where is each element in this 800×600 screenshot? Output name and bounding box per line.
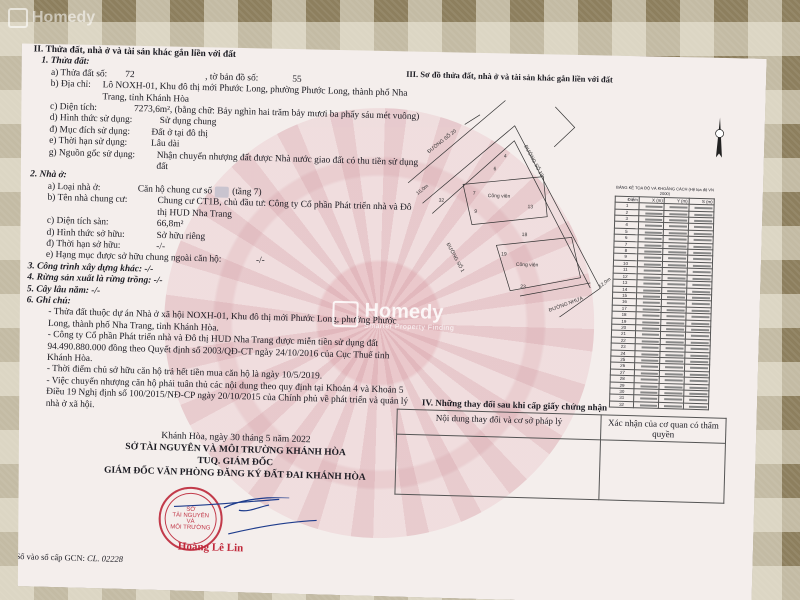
svg-text:9: 9 (474, 209, 477, 215)
signer-name: Hoàng Lê Lin (178, 541, 244, 555)
road-1-label: ĐƯỜNG SỐ 1 (445, 242, 467, 274)
park-label-1: Công viên (488, 193, 511, 200)
svg-text:18: 18 (522, 232, 528, 238)
section-4-changes: IV. Những thay đổi sau khi cấp giấy chứn… (394, 397, 727, 504)
width-label-1: 16,0m (415, 183, 430, 196)
svg-text:23: 23 (520, 284, 526, 290)
road-19-label: ĐƯỜNG SỐ 19 (522, 144, 545, 179)
coordinate-table: BẢNG KÊ TỌA ĐỘ VÀ KHOẢNG CÁCH (Hệ tọa độ… (609, 185, 715, 411)
land-certificate-page: II. Thửa đất, nhà ở và tài sản khác gắn … (7, 38, 767, 600)
handwritten-signature (168, 494, 319, 538)
house-logo-icon (332, 301, 359, 328)
park-label-2: Công viên (516, 262, 539, 269)
redacted-apartment-no: xx (215, 186, 229, 198)
section-2-land-house: II. Thửa đất, nhà ở và tài sản khác gắn … (24, 44, 424, 420)
registry-number: Số vào sổ cấp GCN: CL. 02228 (15, 551, 123, 564)
svg-text:7: 7 (473, 191, 476, 197)
road-nhua-label: ĐƯỜNG NHỰA (548, 294, 585, 313)
homedy-watermark: Homedy (8, 8, 95, 28)
changes-col-confirm: Xác nhận của cơ quan có thẩm quyền (600, 415, 726, 443)
svg-text:19: 19 (501, 251, 507, 257)
svg-text:32: 32 (439, 198, 445, 204)
homedy-center-watermark: HomedySmarter Property Finding (332, 299, 455, 332)
svg-text:6: 6 (493, 166, 496, 172)
width-label-2: 12,0m (598, 276, 613, 289)
watermark-brand: Homedy (32, 9, 95, 27)
svg-text:4: 4 (504, 154, 507, 160)
coordinates: Điểm X (m) Y (m) S (m) 12345678910111213… (609, 195, 715, 410)
house-logo-icon (8, 8, 28, 28)
section-3-map: III. Sơ đồ thửa đất, nhà ở và tài sản kh… (406, 69, 756, 89)
signature-block: Khánh Hòa, ngày 30 tháng 5 năm 2022 SỞ T… (70, 428, 401, 485)
changes-table: Nội dung thay đổi và cơ sở pháp lý Xác n… (394, 409, 726, 504)
road-top-label: ĐƯỜNG SỐ 20 (426, 127, 458, 155)
north-arrow-icon (709, 117, 730, 168)
svg-text:13: 13 (527, 204, 533, 210)
